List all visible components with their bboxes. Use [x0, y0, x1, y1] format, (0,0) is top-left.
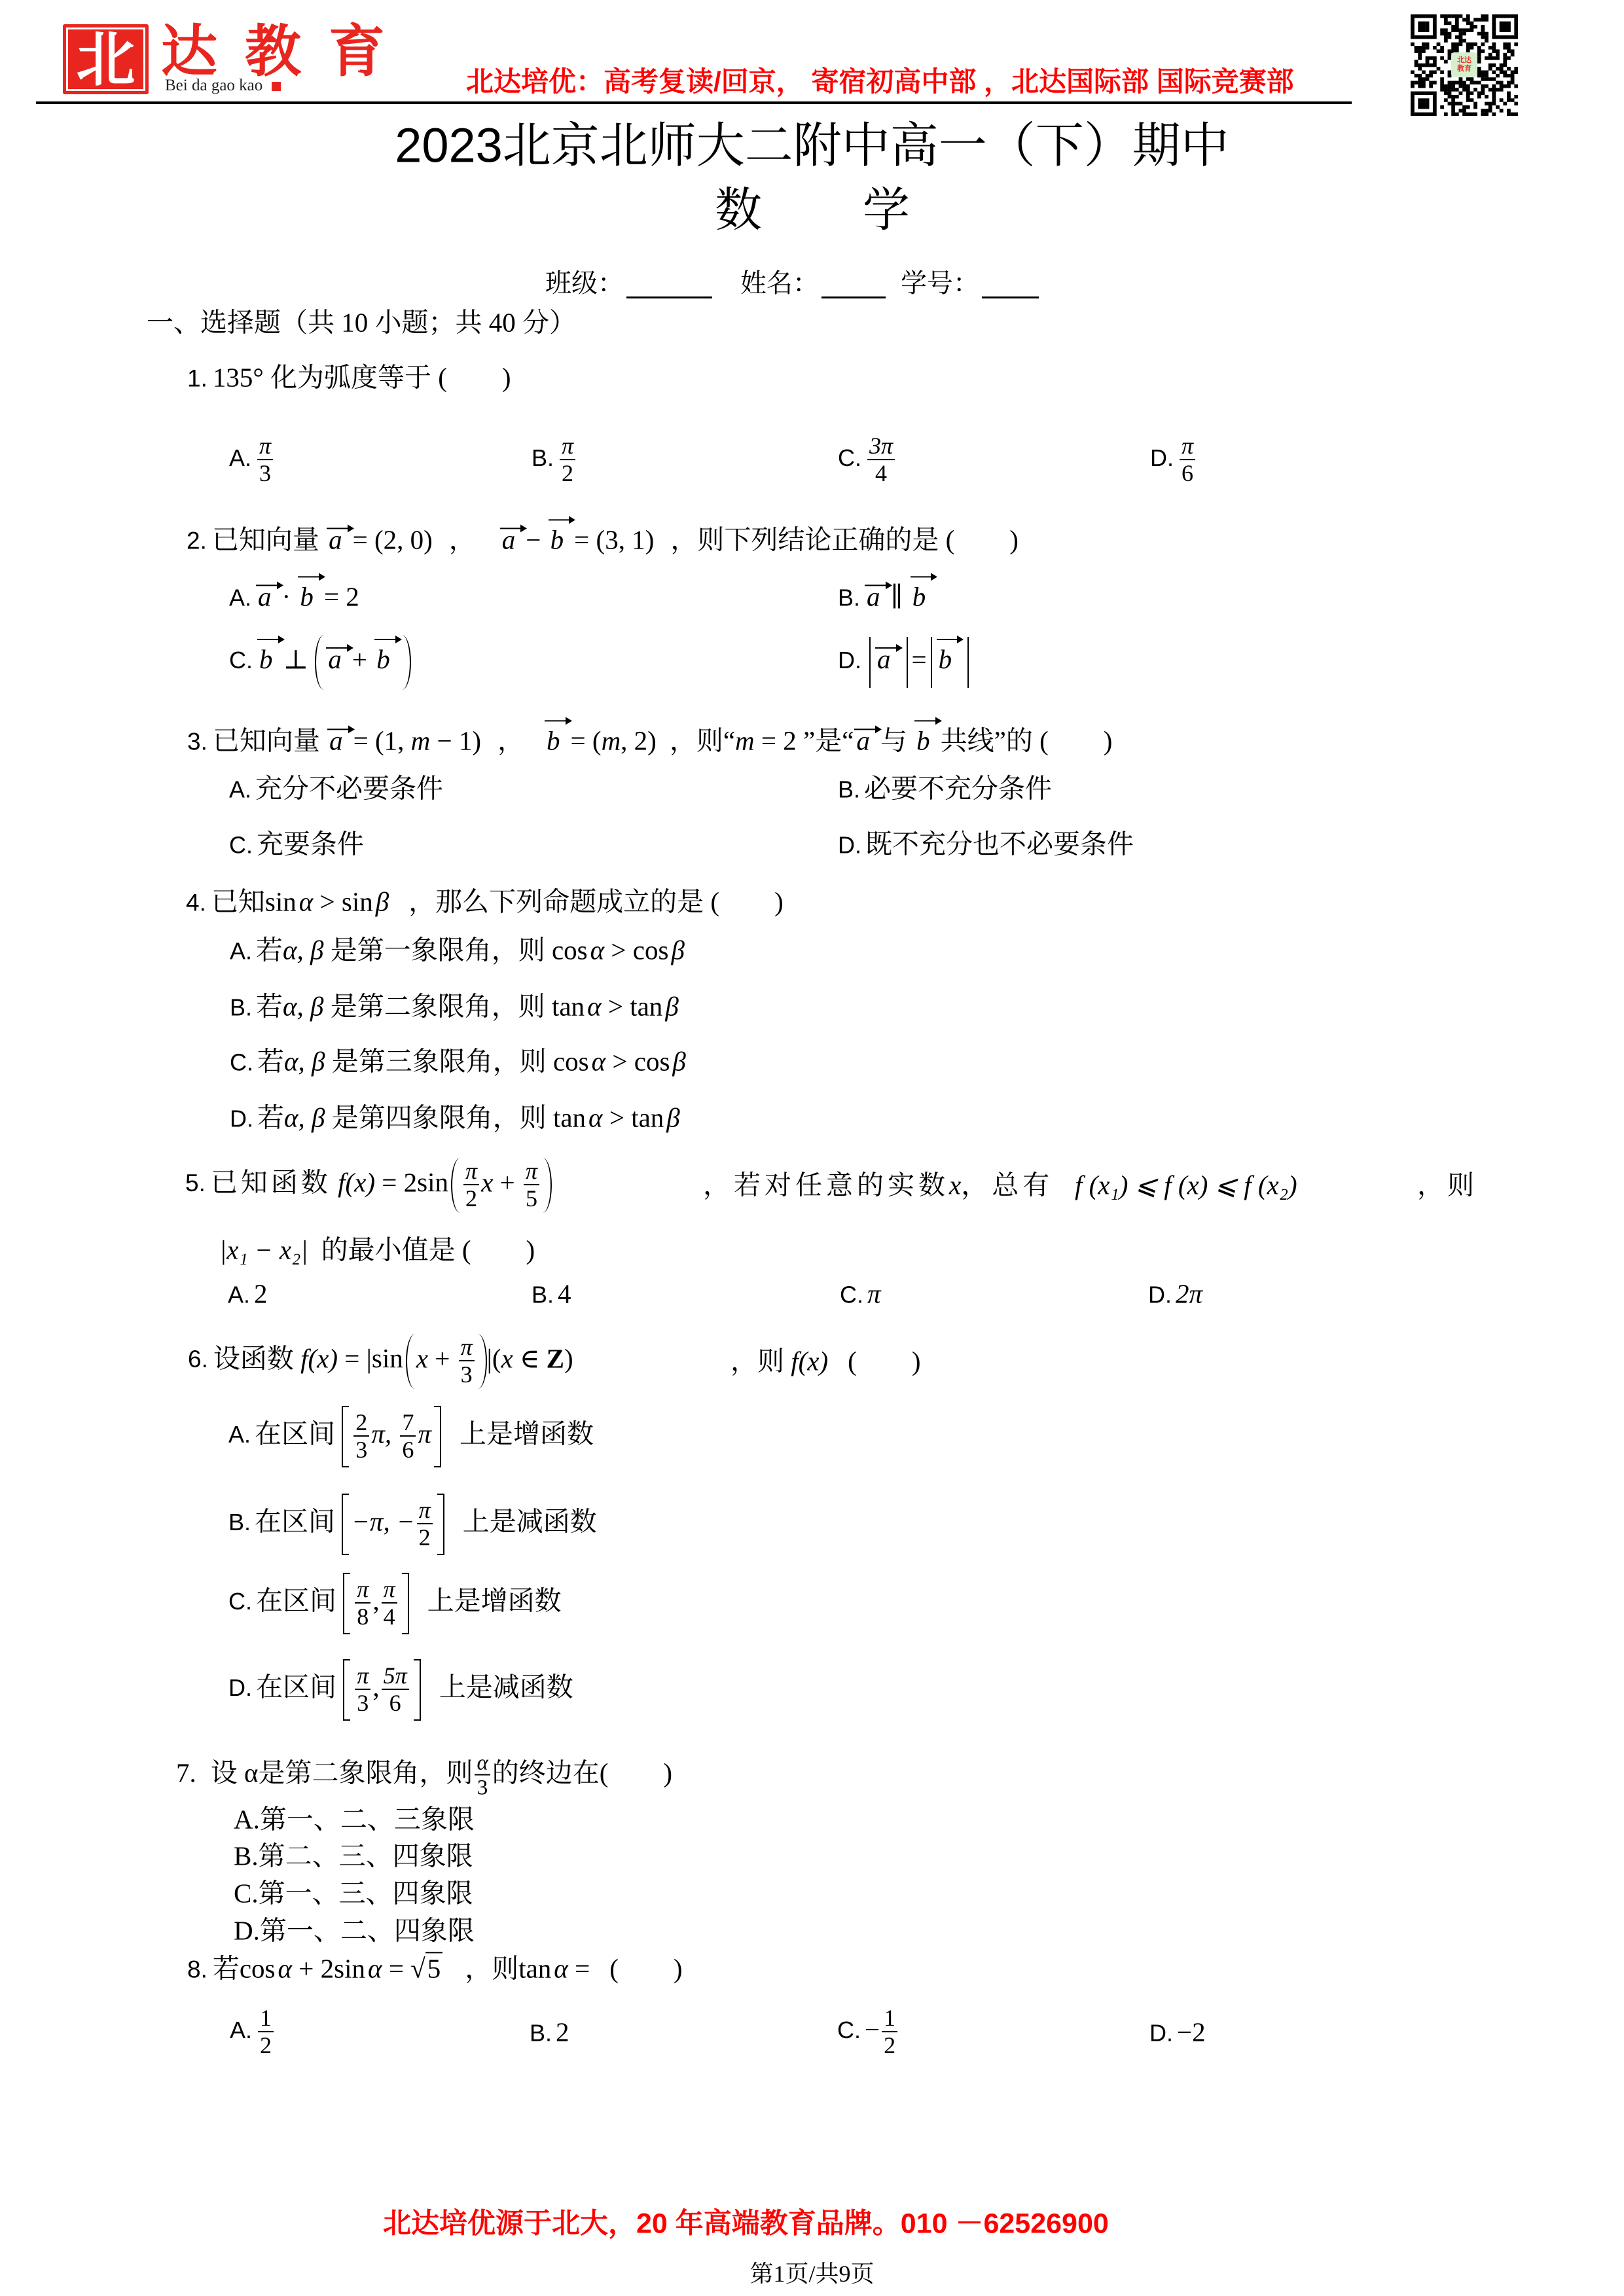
left-paren: [451, 1158, 460, 1213]
subject-char-2: 学: [863, 185, 910, 236]
question-4-option-b: B.若α, β 是第二象限角，则 tanα > tanβ: [230, 990, 679, 1023]
vector-a: a: [329, 724, 343, 757]
question-number: 1.: [187, 365, 208, 391]
math-function-name: f: [300, 1343, 308, 1373]
numerator: 5π: [382, 1664, 409, 1689]
option-text: 第一、二、四象限: [260, 1915, 475, 1945]
option-text: 上是减函数: [439, 1672, 573, 1702]
logo-square-icon: [272, 82, 281, 91]
math-argument: (x): [346, 1167, 376, 1197]
option-label: A.: [229, 776, 251, 802]
fraction: π8: [355, 1577, 370, 1630]
question-5-option-a: A.2: [228, 1277, 268, 1310]
stem-text: ，若对任意的实数: [703, 1170, 949, 1200]
option-value: −2: [1177, 2017, 1206, 2047]
option-text: 上是增函数: [460, 1418, 594, 1448]
vector-b: b: [259, 643, 273, 676]
math-expression: π: [418, 1418, 431, 1448]
option-text: 上是减函数: [463, 1506, 597, 1536]
option-label: A.: [229, 444, 251, 471]
math-variable: m: [411, 725, 431, 755]
option-text: 第一、三、四象限: [259, 1878, 473, 1908]
stem-text: ，则: [465, 1953, 518, 1983]
math-variables: α, β: [284, 1102, 325, 1132]
answer-blank-open: (: [609, 1953, 619, 1983]
math-function-name: f: [791, 1346, 798, 1376]
math-variable: α: [299, 886, 314, 916]
math-expression: , 2): [621, 725, 657, 755]
math-expression: = 2: [324, 581, 359, 611]
option-label: B.: [228, 1509, 251, 1535]
denominator: 6: [382, 1689, 409, 1716]
stem-text: 的最小值是 (: [321, 1234, 471, 1265]
option-label: A.: [230, 2017, 252, 2043]
answer-blank-close: ): [663, 1757, 672, 1787]
math-variable: α: [368, 1953, 382, 1983]
numerator: π: [560, 434, 575, 459]
math-expression: −π, −: [352, 1506, 414, 1536]
question-3-option-b: B.必要不充分条件: [838, 772, 1052, 805]
left-bracket: [343, 1659, 350, 1721]
question-5-option-d: D.2π: [1148, 1277, 1202, 1310]
option-label: C.: [229, 647, 253, 673]
numerator: π: [524, 1159, 539, 1184]
option-text: 充要条件: [257, 829, 364, 859]
fraction: α3: [475, 1752, 490, 1800]
stem-text: 与: [880, 725, 907, 755]
question-2-option-c: C.b⊥ a+ b: [229, 635, 411, 690]
math-function: sin: [342, 886, 373, 916]
math-variable: x: [481, 1167, 493, 1197]
math-operator: >: [611, 935, 626, 965]
option-label: B.: [532, 444, 554, 471]
class-label: 班级：: [545, 268, 624, 298]
vector-b: b: [550, 523, 564, 556]
fraction: π2: [417, 1498, 433, 1551]
stem-text: 设: [211, 1757, 238, 1787]
option-text: 在区间: [256, 1672, 336, 1702]
page-indicator: 第1页/共9页: [0, 2261, 1624, 2287]
math-expression: = (1,: [353, 725, 405, 755]
stem-text: 设函数: [213, 1343, 294, 1373]
denominator: 5: [524, 1184, 539, 1211]
stem-text: 是第二象限角，则: [258, 1757, 473, 1787]
option-label: C.: [838, 444, 861, 471]
question-4-option-d: D.若α, β 是第四象限角，则 tanα > tanβ: [230, 1101, 680, 1134]
stem-text: 已知: [211, 886, 265, 916]
vector-a: a: [867, 580, 880, 613]
question-7-option-d: D.第一、二、四象限: [234, 1914, 475, 1947]
option-text: 第二、三、四象限: [259, 1840, 473, 1871]
left-bracket: [342, 1406, 349, 1467]
question-number: 8.: [187, 1956, 208, 1982]
vector-a: a: [329, 523, 342, 556]
math-operator: −: [526, 524, 541, 554]
denominator: 2: [560, 459, 575, 486]
stem-text: 的终边在(: [492, 1757, 609, 1787]
math-variable: α: [590, 935, 605, 965]
vector-b: b: [939, 643, 952, 676]
denominator: 2: [882, 2031, 897, 2058]
degree-value: 135°: [213, 362, 264, 392]
option-label: D.: [230, 1105, 253, 1132]
question-8-option-a: A.12: [230, 2006, 276, 2058]
abs-bar: [931, 637, 932, 688]
stem-text: 化为弧度等于 (: [270, 362, 447, 392]
fraction: 5π6: [382, 1664, 409, 1716]
option-label: C.: [229, 831, 253, 858]
abs-bar-close: |: [487, 1343, 492, 1373]
option-value: 2π: [1176, 1278, 1202, 1308]
answer-blank-open: (: [848, 1346, 857, 1376]
math-separator: ,: [372, 1585, 379, 1615]
left-paren: [315, 635, 324, 690]
math-variable: x: [949, 1170, 961, 1200]
right-paren: [478, 1334, 487, 1389]
fraction: π5: [524, 1159, 539, 1211]
math-function: tan: [631, 1102, 664, 1132]
answer-blank-close: ): [912, 1346, 921, 1376]
question-8-option-b: B.2: [530, 2015, 569, 2049]
vector-a: a: [328, 643, 342, 676]
math-operator: >: [612, 1046, 627, 1076]
abs-bar: [967, 637, 969, 688]
radicand: 5: [425, 1952, 443, 1983]
answer-blank-close: ): [502, 362, 511, 392]
math-function: sin: [372, 1343, 403, 1373]
math-variable: x: [416, 1343, 428, 1373]
answer-blank-close: ): [1009, 524, 1019, 554]
numerator: 3π: [867, 434, 895, 459]
denominator: 3: [475, 1774, 490, 1799]
option-label: A.: [229, 584, 251, 611]
stem-text: 已知向量: [212, 524, 319, 554]
math-variable: β: [376, 886, 389, 916]
fraction: 3π4: [867, 434, 895, 486]
math-function: cos: [240, 1953, 276, 1983]
stem-text: 已知函数: [211, 1167, 331, 1197]
denominator: 2: [417, 1523, 433, 1551]
right-bracket: [414, 1659, 421, 1721]
denominator: 6: [1180, 459, 1195, 486]
numerator: π: [355, 1664, 370, 1689]
option-text: 若: [256, 991, 283, 1021]
question-6-stem-part2: ，则 f(x)(): [731, 1344, 920, 1378]
numerator: π: [355, 1577, 370, 1602]
option-label: A.: [228, 1281, 250, 1308]
right-bracket: [437, 1494, 444, 1555]
math-function: sin: [265, 886, 297, 916]
logo-brand-text: 达教育: [161, 24, 412, 80]
math-operator: =: [912, 644, 927, 674]
stem-text: ，则下列结论正确的是 (: [670, 524, 954, 554]
left-bracket: [343, 1573, 350, 1634]
vector-a: a: [877, 643, 891, 676]
right-paren: [543, 1158, 552, 1213]
question-number: 6.: [188, 1346, 208, 1372]
stem-text: ，则: [1417, 1170, 1477, 1200]
question-8-option-c: C.−12: [837, 2006, 899, 2058]
radical-sign: √: [410, 1953, 425, 1983]
option-label: B.: [230, 994, 252, 1020]
question-8-stem: 8.若cosα + 2sinα = √5，则tanα =(): [187, 1952, 683, 1985]
option-label: D.: [228, 1674, 252, 1701]
math-variables: α, β: [283, 991, 323, 1021]
option-label: A.: [228, 1421, 251, 1448]
fraction: 12: [882, 2006, 897, 2058]
option-text: 第一、二、三象限: [260, 1804, 475, 1834]
exam-title: 2023北京北师大二附中高一（下）期中: [0, 118, 1624, 171]
option-label: B.: [234, 1840, 259, 1871]
math-function: cos: [553, 1046, 589, 1076]
question-1-option-a: A.π3: [229, 434, 275, 486]
math-expression: |x₁ − x₂|: [219, 1234, 308, 1265]
fraction: π3: [257, 434, 273, 486]
stem-text: 共线”的 (: [941, 725, 1049, 755]
numerator: 7: [400, 1410, 416, 1435]
option-label: C.: [230, 1049, 253, 1075]
denominator: 2: [258, 2031, 274, 2058]
answer-blank-close: ): [1104, 725, 1113, 755]
option-label: C.: [840, 1281, 863, 1308]
vector-b: b: [547, 724, 560, 757]
math-function: tan: [518, 1953, 551, 1983]
question-number: 7.: [176, 1757, 196, 1787]
math-operator: ∥: [891, 581, 903, 611]
option-label: D.: [234, 1915, 260, 1945]
math-expression: π,: [371, 1418, 391, 1448]
math-separator: ,: [372, 1672, 379, 1702]
math-operator: ⊥: [283, 644, 309, 674]
math-operator: ·: [282, 581, 291, 611]
option-label: D.: [838, 647, 861, 673]
numerator: 1: [258, 2006, 274, 2031]
question-2-stem: 2.已知向量 a= (2, 0)，a− b= (3, 1)，则下列结论正确的是 …: [187, 523, 1019, 556]
option-text: 是第三象限角，则: [332, 1046, 547, 1076]
fraction: π6: [1180, 434, 1195, 486]
question-1-option-c: C.3π4: [838, 434, 897, 486]
question-number: 5.: [185, 1170, 206, 1196]
right-bracket: [434, 1406, 441, 1467]
option-text: 是第二象限角，则: [331, 991, 545, 1021]
option-text: 既不充分也不必要条件: [865, 829, 1134, 859]
math-operator: =: [575, 1953, 590, 1983]
option-label: D.: [838, 831, 861, 858]
logo-stamp-char: 北: [77, 30, 135, 89]
math-operator: +: [435, 1343, 450, 1373]
question-6-option-c: C.在区间 π8,π4上是增函数: [228, 1573, 562, 1634]
stem-text: ，则“: [670, 725, 735, 755]
question-number: 3.: [187, 728, 208, 755]
denominator: 3: [353, 1435, 369, 1463]
name-label: 姓名：: [740, 268, 819, 298]
math-variables: α, β: [284, 1046, 325, 1076]
denominator: 4: [867, 459, 895, 486]
footer-slogan: 北达培优源于北大，20 年高端教育品牌。010 －62526900: [383, 2208, 1109, 2239]
abs-bar: [869, 637, 871, 688]
exam-page: 北 达教育 Bei da gao kao 北达培优：高考复读/回京， 寄宿初高中…: [0, 0, 1624, 2296]
vector-b: b: [300, 580, 314, 613]
option-text: 是第一象限角，则: [331, 935, 545, 965]
option-text: 必要不充分条件: [864, 773, 1052, 803]
vector-b: b: [916, 724, 930, 757]
option-value: 2: [254, 1278, 268, 1308]
numerator: π: [257, 434, 273, 459]
denominator: 6: [400, 1435, 416, 1463]
math-expression: = 2: [382, 1167, 417, 1197]
math-function: cos: [633, 935, 669, 965]
abs-bar-open: |: [367, 1343, 372, 1373]
question-3-option-c: C.充要条件: [229, 827, 364, 861]
math-variables: α, β: [283, 935, 323, 965]
answer-blank-close: ): [774, 886, 784, 916]
math-expression: f (x₁) ⩽ f (x) ⩽ f (x₂): [1075, 1170, 1297, 1200]
question-5-stem-part2: ，若对任意的实数x，总有: [703, 1168, 1053, 1202]
stem-text: ，则: [731, 1346, 784, 1376]
vector-a: a: [258, 580, 272, 613]
option-value: π: [867, 1278, 881, 1308]
fraction: π4: [382, 1577, 397, 1630]
question-7-stem: 7.设 α是第二象限角，则α3的终边在(): [176, 1752, 672, 1800]
numerator: 2: [353, 1410, 369, 1435]
question-5-inequality: f (x₁) ⩽ f (x) ⩽ f (x₂): [1075, 1168, 1297, 1202]
math-operator: +: [500, 1167, 515, 1197]
math-operator: >: [320, 886, 335, 916]
option-text: 在区间: [256, 1585, 336, 1615]
stem-text: 已知向量: [213, 725, 320, 755]
math-function: sin: [417, 1167, 448, 1197]
option-text: 若: [256, 935, 283, 965]
math-operator: +: [352, 644, 367, 674]
qr-center-badge: 北达 教育: [1451, 52, 1477, 77]
vector-b: b: [912, 580, 926, 613]
qr-badge-line1: 北达: [1457, 56, 1471, 65]
stem-text: ，那么下列命题成立的是 (: [408, 886, 719, 916]
option-label: D.: [1148, 1281, 1172, 1308]
question-5-stem-part3: ，则: [1417, 1168, 1477, 1202]
denominator: 8: [355, 1602, 370, 1630]
section-heading: 一、选择题（共 10 小题；共 40 分）: [147, 306, 576, 339]
math-expression: − 1): [437, 725, 482, 755]
numerator: α: [475, 1752, 490, 1774]
question-4-option-c: C.若α, β 是第三象限角，则 cosα > cosβ: [230, 1045, 686, 1078]
math-variable: α: [554, 1953, 568, 1983]
name-blank: [821, 295, 886, 298]
qr-code: 北达 教育: [1411, 14, 1518, 116]
stem-text: = 2 ”是“: [761, 725, 854, 755]
logo-pinyin: Bei da gao kao: [165, 76, 281, 96]
domain-close: ): [564, 1343, 573, 1373]
answer-blank-close: ): [526, 1234, 535, 1265]
fraction: 12: [258, 2006, 274, 2058]
math-variable: α: [244, 1757, 258, 1787]
math-function-name: f: [338, 1167, 345, 1197]
option-label: C.: [837, 2017, 861, 2043]
math-operator: ∈: [520, 1343, 539, 1373]
math-variable: α: [587, 991, 602, 1021]
fraction: π3: [459, 1335, 475, 1388]
math-variable: x: [501, 1343, 513, 1373]
vector-a: a: [502, 523, 516, 556]
question-2-option-d: D.a=b: [838, 637, 973, 688]
numerator: π: [459, 1335, 475, 1360]
right-bracket: [402, 1573, 409, 1634]
math-operator: =: [344, 1343, 359, 1373]
stem-text: ，: [497, 725, 524, 755]
math-operator: >: [609, 1102, 624, 1132]
left-bracket: [342, 1494, 349, 1555]
math-variable: β: [665, 991, 678, 1021]
option-value: 2: [556, 2017, 569, 2047]
question-4-option-a: A.若α, β 是第一象限角，则 cosα > cosβ: [230, 933, 685, 967]
math-function: tan: [630, 991, 662, 1021]
numerator: 1: [882, 2006, 897, 2031]
math-variable: α: [278, 1953, 293, 1983]
option-label: C.: [234, 1878, 259, 1908]
fraction: 76: [400, 1410, 416, 1463]
question-5-stem-part1: 5.已知函数 f(x) = 2sinπ2x + π5: [185, 1158, 552, 1213]
question-7-option-b: B.第二、三、四象限: [234, 1839, 473, 1873]
question-6-option-b: B.在区间 −π, −π2上是减函数: [228, 1494, 597, 1555]
left-paren: [406, 1334, 415, 1389]
question-6-option-d: D.在区间 π3,5π6上是减函数: [228, 1659, 573, 1721]
fraction: π2: [560, 434, 575, 486]
math-expression: + 2: [298, 1953, 334, 1983]
option-label: A.: [230, 937, 252, 964]
math-argument: (x): [308, 1343, 338, 1373]
question-1-option-b: B.π2: [532, 434, 577, 486]
question-2-option-b: B.a∥ b: [838, 580, 936, 613]
integer-set: Z: [547, 1343, 564, 1373]
id-label: 学号：: [901, 268, 979, 298]
fraction: 23: [353, 1410, 369, 1463]
option-text: 若: [257, 1102, 284, 1132]
class-blank: [626, 295, 712, 298]
option-label: A.: [234, 1804, 260, 1834]
math-expression: = (: [571, 725, 602, 755]
math-variable: m: [602, 725, 621, 755]
question-1-option-d: D.π6: [1150, 434, 1197, 486]
question-5-stem-line2: |x₁ − x₂|的最小值是 (): [219, 1233, 535, 1266]
question-3-option-a: A.充分不必要条件: [229, 772, 443, 805]
vector-a: a: [856, 724, 870, 757]
student-info: 班级：姓名：学号：: [545, 267, 1039, 300]
question-7-option-a: A.第一、二、三象限: [234, 1803, 475, 1836]
denominator: 4: [382, 1602, 397, 1630]
option-text: 上是增函数: [427, 1585, 562, 1615]
math-variable: β: [666, 1102, 679, 1132]
numerator: π: [382, 1577, 397, 1602]
math-variable: β: [671, 935, 684, 965]
math-function: tan: [552, 991, 585, 1021]
question-7-option-c: C.第一、三、四象限: [234, 1876, 473, 1910]
option-text: 在区间: [255, 1418, 335, 1448]
fraction: π2: [463, 1159, 479, 1211]
math-function: sin: [334, 1953, 365, 1983]
question-3-stem: 3.已知向量 a= (1, m − 1)，b= (m, 2)，则“m = 2 ”…: [187, 724, 1112, 757]
qr-badge-line2: 教育: [1457, 65, 1471, 73]
option-label: B.: [838, 776, 860, 802]
denominator: 3: [459, 1360, 475, 1388]
math-operator: >: [608, 991, 623, 1021]
question-number: 2.: [187, 527, 207, 554]
stem-text: 若: [213, 1953, 240, 1983]
math-operator: =: [389, 1953, 404, 1983]
math-expression: = (3, 1): [574, 524, 654, 554]
math-argument: (x): [799, 1346, 829, 1376]
math-variable: m: [735, 725, 755, 755]
logo-pinyin-text: Bei da gao kao: [165, 77, 262, 94]
